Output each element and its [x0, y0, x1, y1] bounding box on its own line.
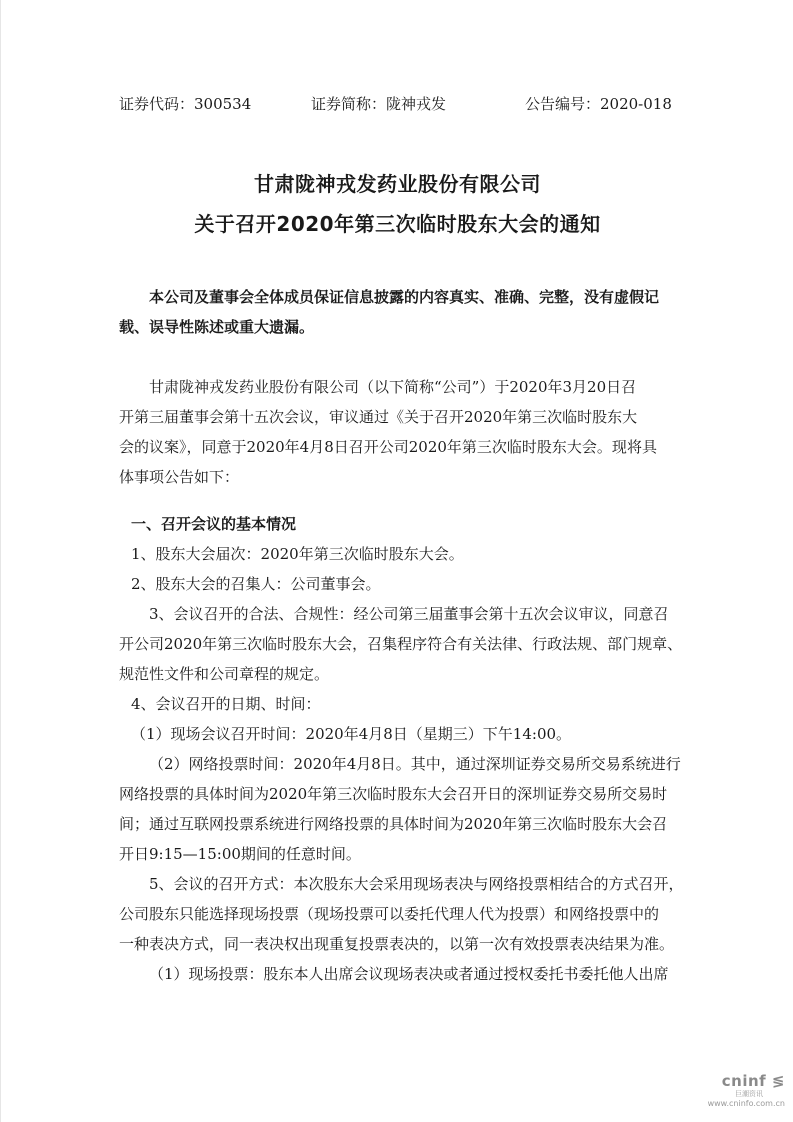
item-onsite-voting: （1）现场投票：股东本人出席会议现场表决或者通过授权委托书委托他人出席 — [119, 959, 679, 989]
document-header: 证券代码：300534 证券简称：陇神戎发 公告编号：2020-018 — [119, 93, 679, 117]
section-heading: 一、召开会议的基本情况 — [119, 509, 679, 539]
document-page: 证券代码：300534 证券简称：陇神戎发 公告编号：2020-018 甘肃陇神… — [0, 0, 793, 1122]
notice-number: 公告编号：2020-018 — [525, 93, 672, 114]
cninfo-logo-icon: cninf ≶ — [685, 1072, 785, 1090]
statement-line: 载、误导性陈述或重大遗漏。 — [119, 312, 679, 342]
item-meeting-method-cont: 公司股东只能选择现场投票（现场投票可以委托代理人代为投票）和网络投票中的 — [119, 899, 679, 929]
board-statement: 本公司及董事会全体成员保证信息披露的内容真实、准确、完整，没有虚假记 载、误导性… — [119, 282, 679, 342]
intro-line: 会的议案》，同意于2020年4月8日召开公司2020年第三次临时股东大会。现将具 — [119, 432, 679, 462]
item-meeting-method: 5、会议的召开方式：本次股东大会采用现场表决与网络投票相结合的方式召开， — [119, 869, 679, 899]
item-onsite-time: （1）现场会议召开时间：2020年4月8日（星期三）下午14:00。 — [119, 719, 679, 749]
intro-line: 体事项公告如下： — [119, 462, 679, 492]
statement-line: 本公司及董事会全体成员保证信息披露的内容真实、准确、完整，没有虚假记 — [119, 282, 679, 312]
item-online-voting-cont: 间；通过互联网投票系统进行网络投票的具体时间为2020年第三次临时股东大会召 — [119, 809, 679, 839]
notice-title: 关于召开2020年第三次临时股东大会的通知 — [1, 208, 793, 237]
item-legality: 3、会议召开的合法、合规性：经公司第三届董事会第十五次会议审议，同意召 — [119, 599, 679, 629]
item-online-voting-cont: 网络投票的具体时间为2020年第三次临时股东大会召开日的深圳证券交易所交易时 — [119, 779, 679, 809]
item-meeting-session: 1、股东大会届次：2020年第三次临时股东大会。 — [119, 539, 679, 569]
item-legality-cont: 开公司2020年第三次临时股东大会，召集程序符合有关法律、行政法规、部门规章、 — [119, 629, 679, 659]
stock-code: 证券代码：300534 — [119, 93, 251, 114]
item-meeting-method-cont: 一种表决方式，同一表决权出现重复投票表决的，以第一次有效投票表决结果为准。 — [119, 929, 679, 959]
cninfo-watermark: cninf ≶ 巨潮资讯 www.cninfo.com.cn — [685, 1072, 785, 1109]
item-legality-cont: 规范性文件和公司章程的规定。 — [119, 659, 679, 689]
company-title: 甘肃陇神戎发药业股份有限公司 — [1, 168, 793, 197]
item-online-voting-cont: 开日9:15—15:00期间的任意时间。 — [119, 839, 679, 869]
section-basic-info: 一、召开会议的基本情况 1、股东大会届次：2020年第三次临时股东大会。 2、股… — [119, 509, 679, 989]
item-convener: 2、股东大会的召集人：公司董事会。 — [119, 569, 679, 599]
item-online-voting-time: （2）网络投票时间：2020年4月8日。其中，通过深圳证券交易所交易系统进行 — [119, 749, 679, 779]
intro-line: 开第三届董事会第十五次会议，审议通过《关于召开2020年第三次临时股东大 — [119, 402, 679, 432]
item-date-time: 4、会议召开的日期、时间： — [119, 689, 679, 719]
intro-paragraph: 甘肃陇神戎发药业股份有限公司（以下简称“公司”）于2020年3月20日召 开第三… — [119, 372, 679, 492]
cninfo-url: www.cninfo.com.cn — [685, 1099, 785, 1109]
cninfo-brand-cn: 巨潮资讯 — [685, 1090, 763, 1099]
intro-line: 甘肃陇神戎发药业股份有限公司（以下简称“公司”）于2020年3月20日召 — [119, 372, 679, 402]
stock-short-name: 证券简称：陇神戎发 — [311, 93, 446, 114]
